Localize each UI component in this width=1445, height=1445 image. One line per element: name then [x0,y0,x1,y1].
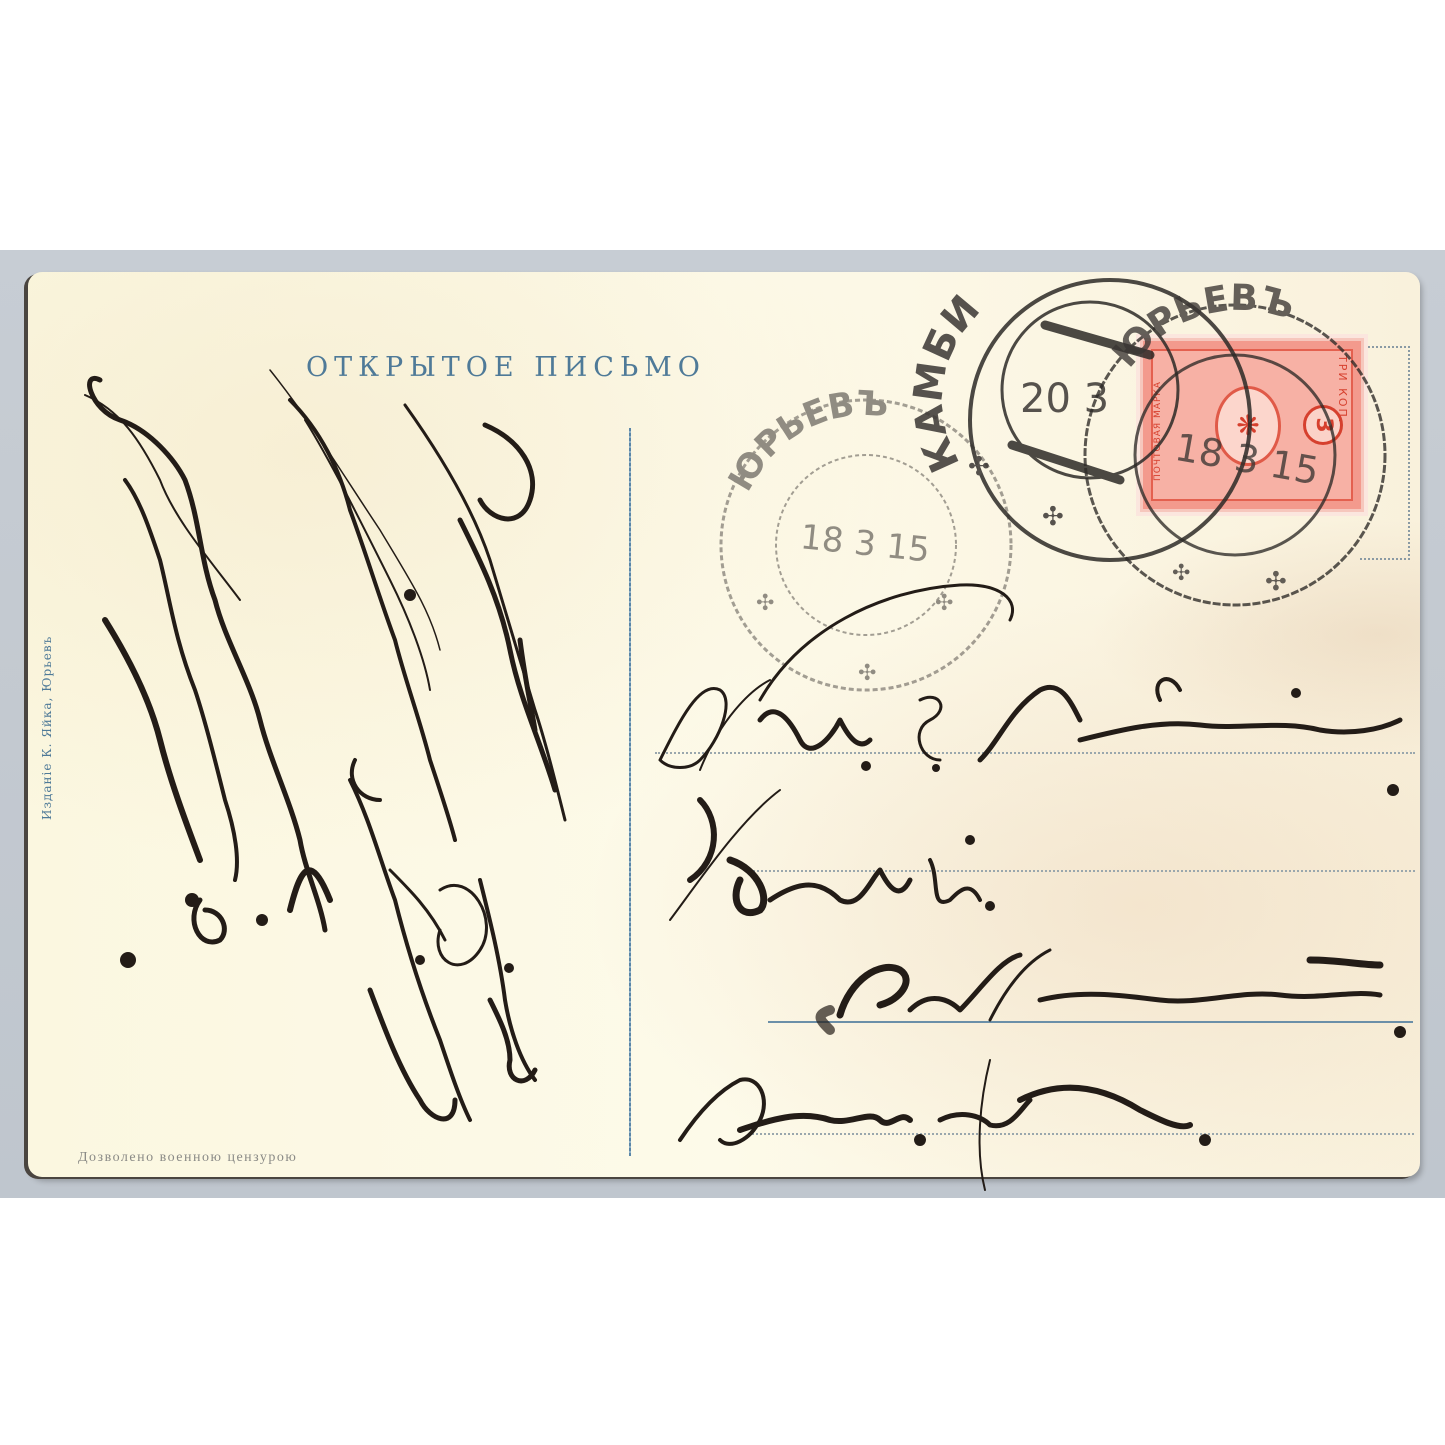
yuryev-postmark-place: ЮРЬЕВЪ [721,383,890,497]
yuryev-postmark-date: 18 3 15 [798,517,931,570]
stamp-cancel-date: 18 3 15 [1172,425,1322,494]
yuryev-postmark: ЮРЬЕВЪ 18 3 15 ✣ ✣ ✣ [721,383,1011,690]
svg-text:✣: ✣ [968,452,990,482]
svg-text:✣: ✣ [858,661,876,686]
handwritten-address [660,585,1406,1190]
ink-overlay: ЮРЬЕВЪ 18 3 15 ✣ ✣ ✣ КАМБИ 20 3 ✣ ✣ ЮРЬЕ… [0,0,1445,1445]
kambi-postmark-date: 20 3 [1020,376,1109,422]
handwritten-message [85,370,565,1120]
svg-text:✣: ✣ [1172,561,1190,586]
svg-text:✣: ✣ [935,591,953,616]
svg-text:✣: ✣ [756,591,774,616]
svg-text:✣: ✣ [1042,502,1064,532]
svg-text:✣: ✣ [1265,567,1287,597]
stamp-cancel-postmark: ЮРЬЕВЪ 18 3 15 ✣ ✣ [1085,278,1385,605]
